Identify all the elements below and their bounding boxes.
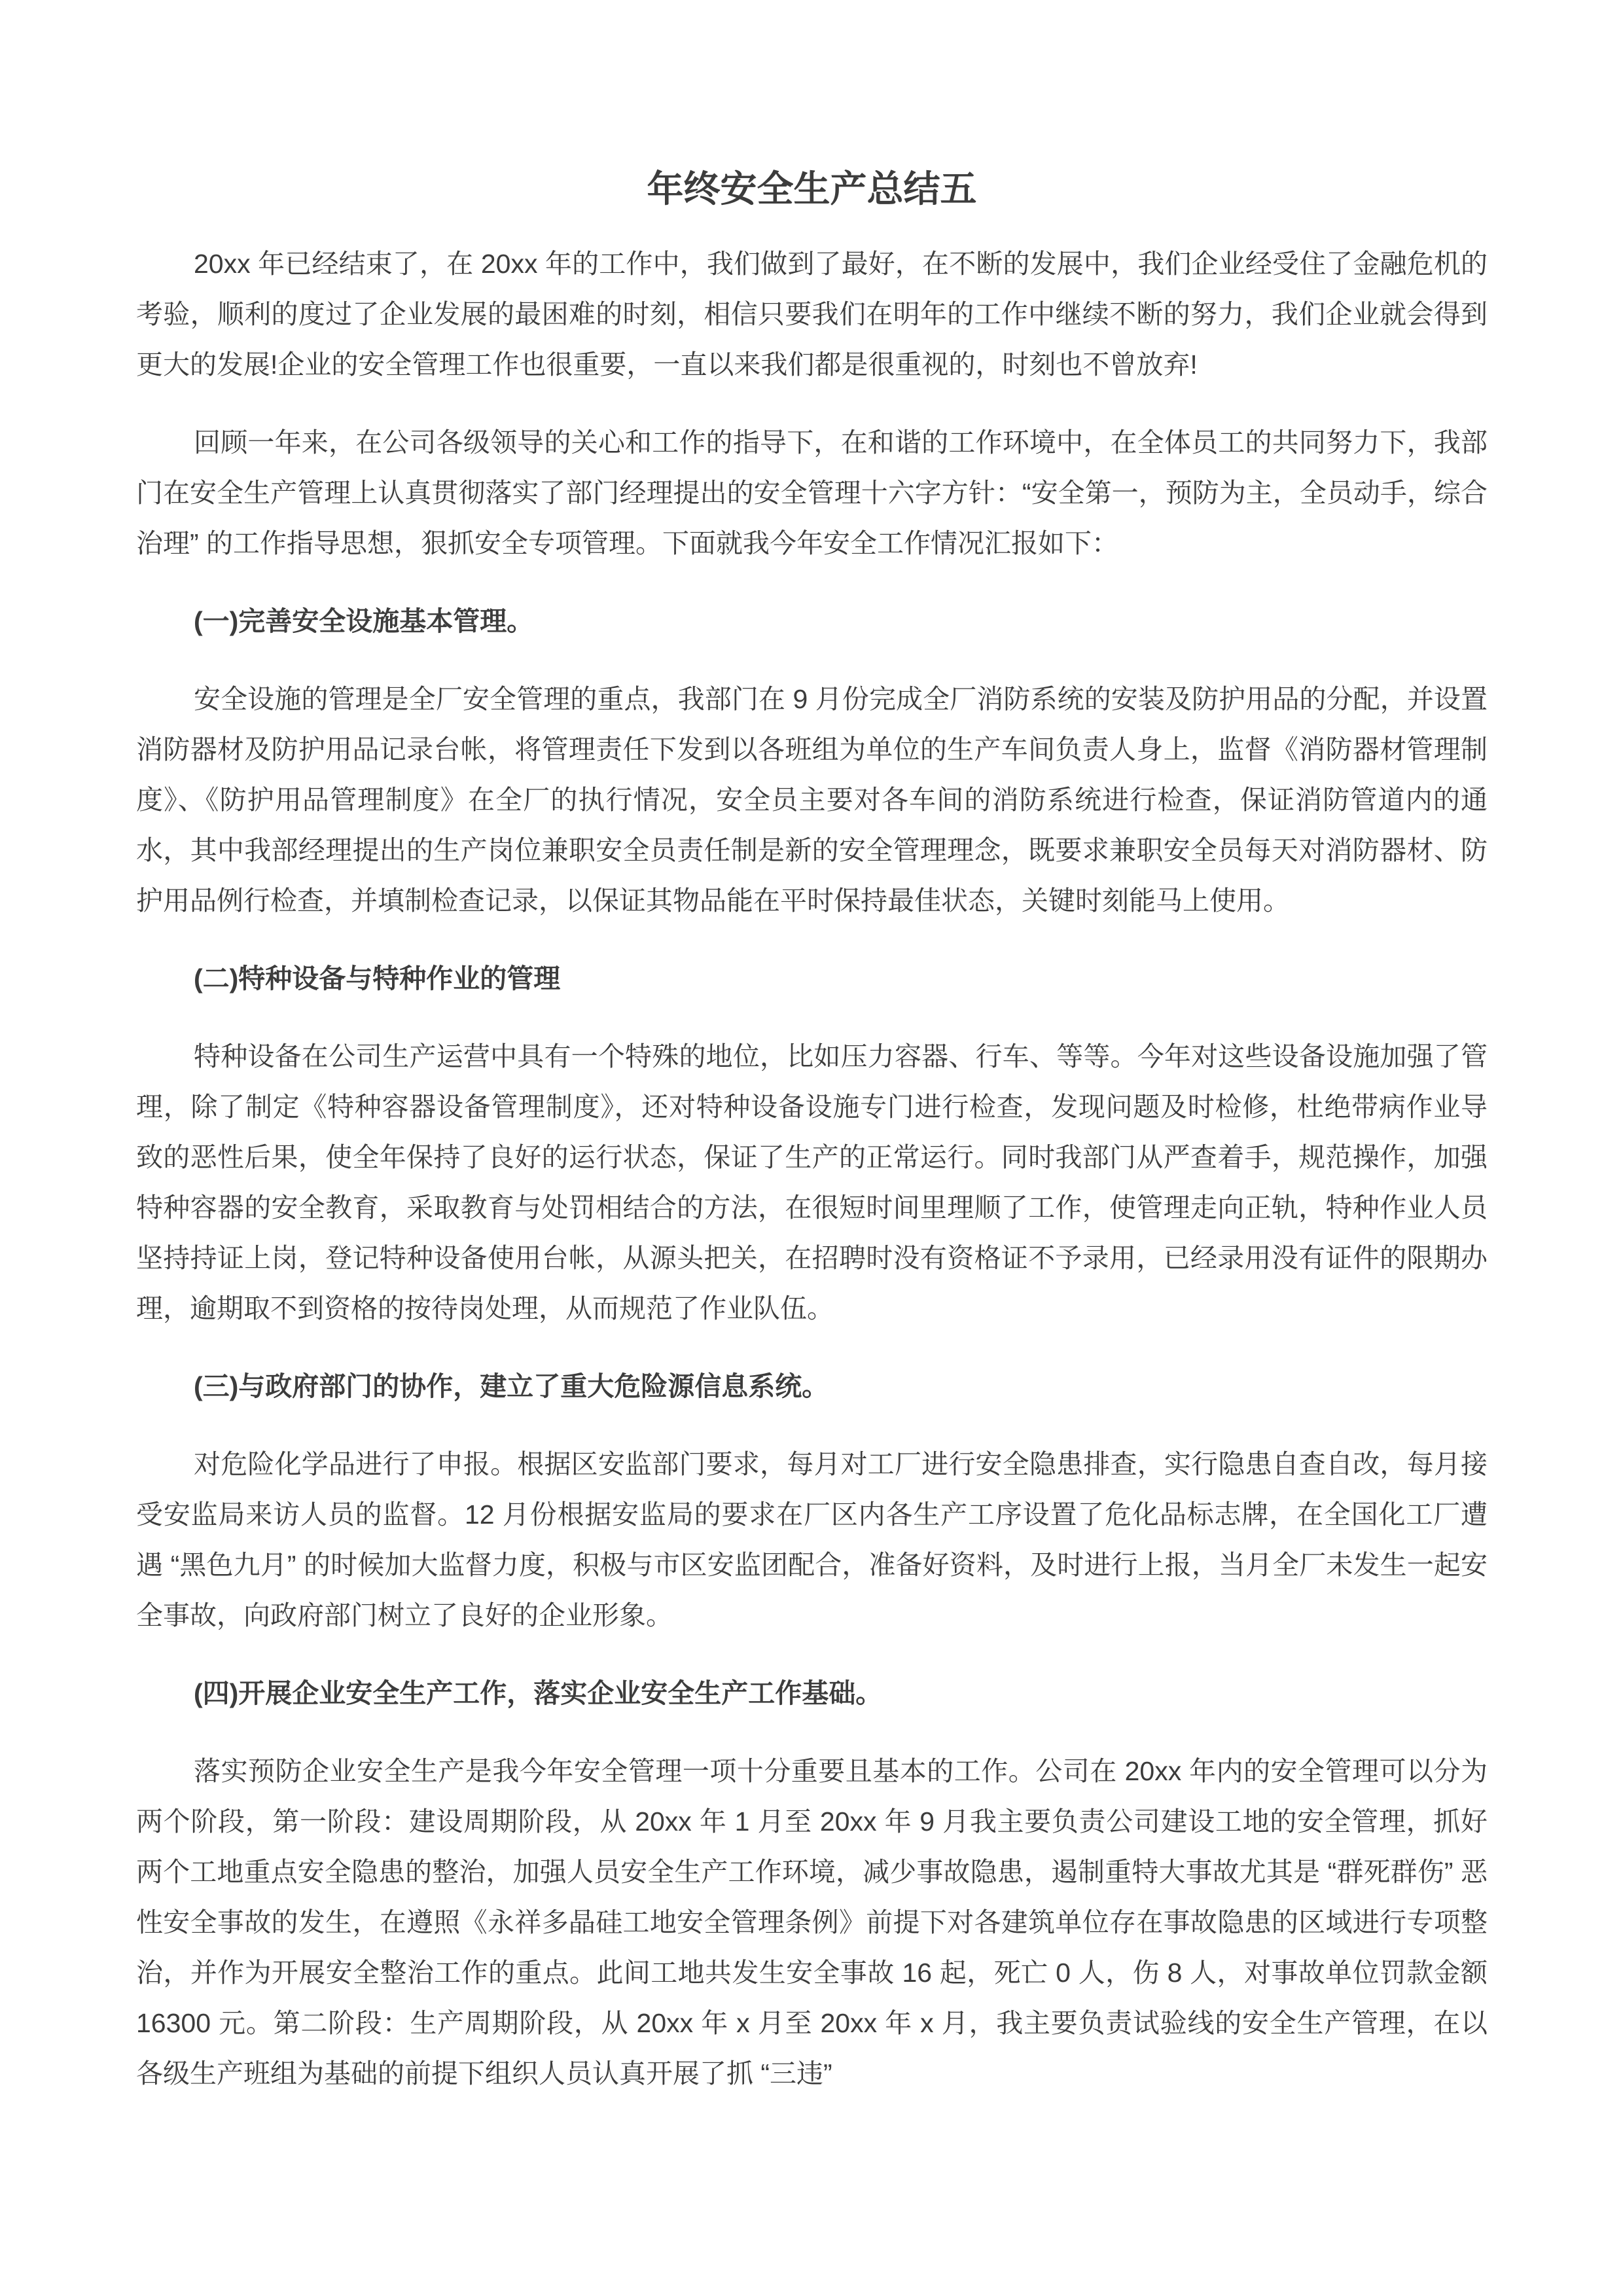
section-heading: (三)与政府部门的协作，建立了重大危险源信息系统。 — [136, 1361, 1488, 1412]
section-heading: (四)开展企业安全生产工作，落实企业安全生产工作基础。 — [136, 1668, 1488, 1719]
body-paragraph: 特种设备在公司生产运营中具有一个特殊的地位，比如压力容器、行车、等等。今年对这些… — [136, 1031, 1488, 1334]
body-paragraph: 回顾一年来，在公司各级领导的关心和工作的指导下，在和谐的工作环境中，在全体员工的… — [136, 418, 1488, 569]
section-heading: (一)完善安全设施基本管理。 — [136, 596, 1488, 647]
body-paragraph: 安全设施的管理是全厂安全管理的重点，我部门在 9 月份完成全厂消防系统的安装及防… — [136, 674, 1488, 926]
document-title: 年终安全生产总结五 — [136, 167, 1488, 211]
section-heading: (二)特种设备与特种作业的管理 — [136, 954, 1488, 1004]
document-page: 年终安全生产总结五 20xx 年已经结束了，在 20xx 年的工作中，我们做到了… — [0, 0, 1623, 2296]
document-body: 20xx 年已经结束了，在 20xx 年的工作中，我们做到了最好，在不断的发展中… — [136, 239, 1488, 2099]
body-paragraph: 落实预防企业安全生产是我今年安全管理一项十分重要且基本的工作。公司在 20xx … — [136, 1746, 1488, 2099]
body-paragraph: 20xx 年已经结束了，在 20xx 年的工作中，我们做到了最好，在不断的发展中… — [136, 239, 1488, 390]
body-paragraph: 对危险化学品进行了申报。根据区安监部门要求，每月对工厂进行安全隐患排查，实行隐患… — [136, 1439, 1488, 1641]
